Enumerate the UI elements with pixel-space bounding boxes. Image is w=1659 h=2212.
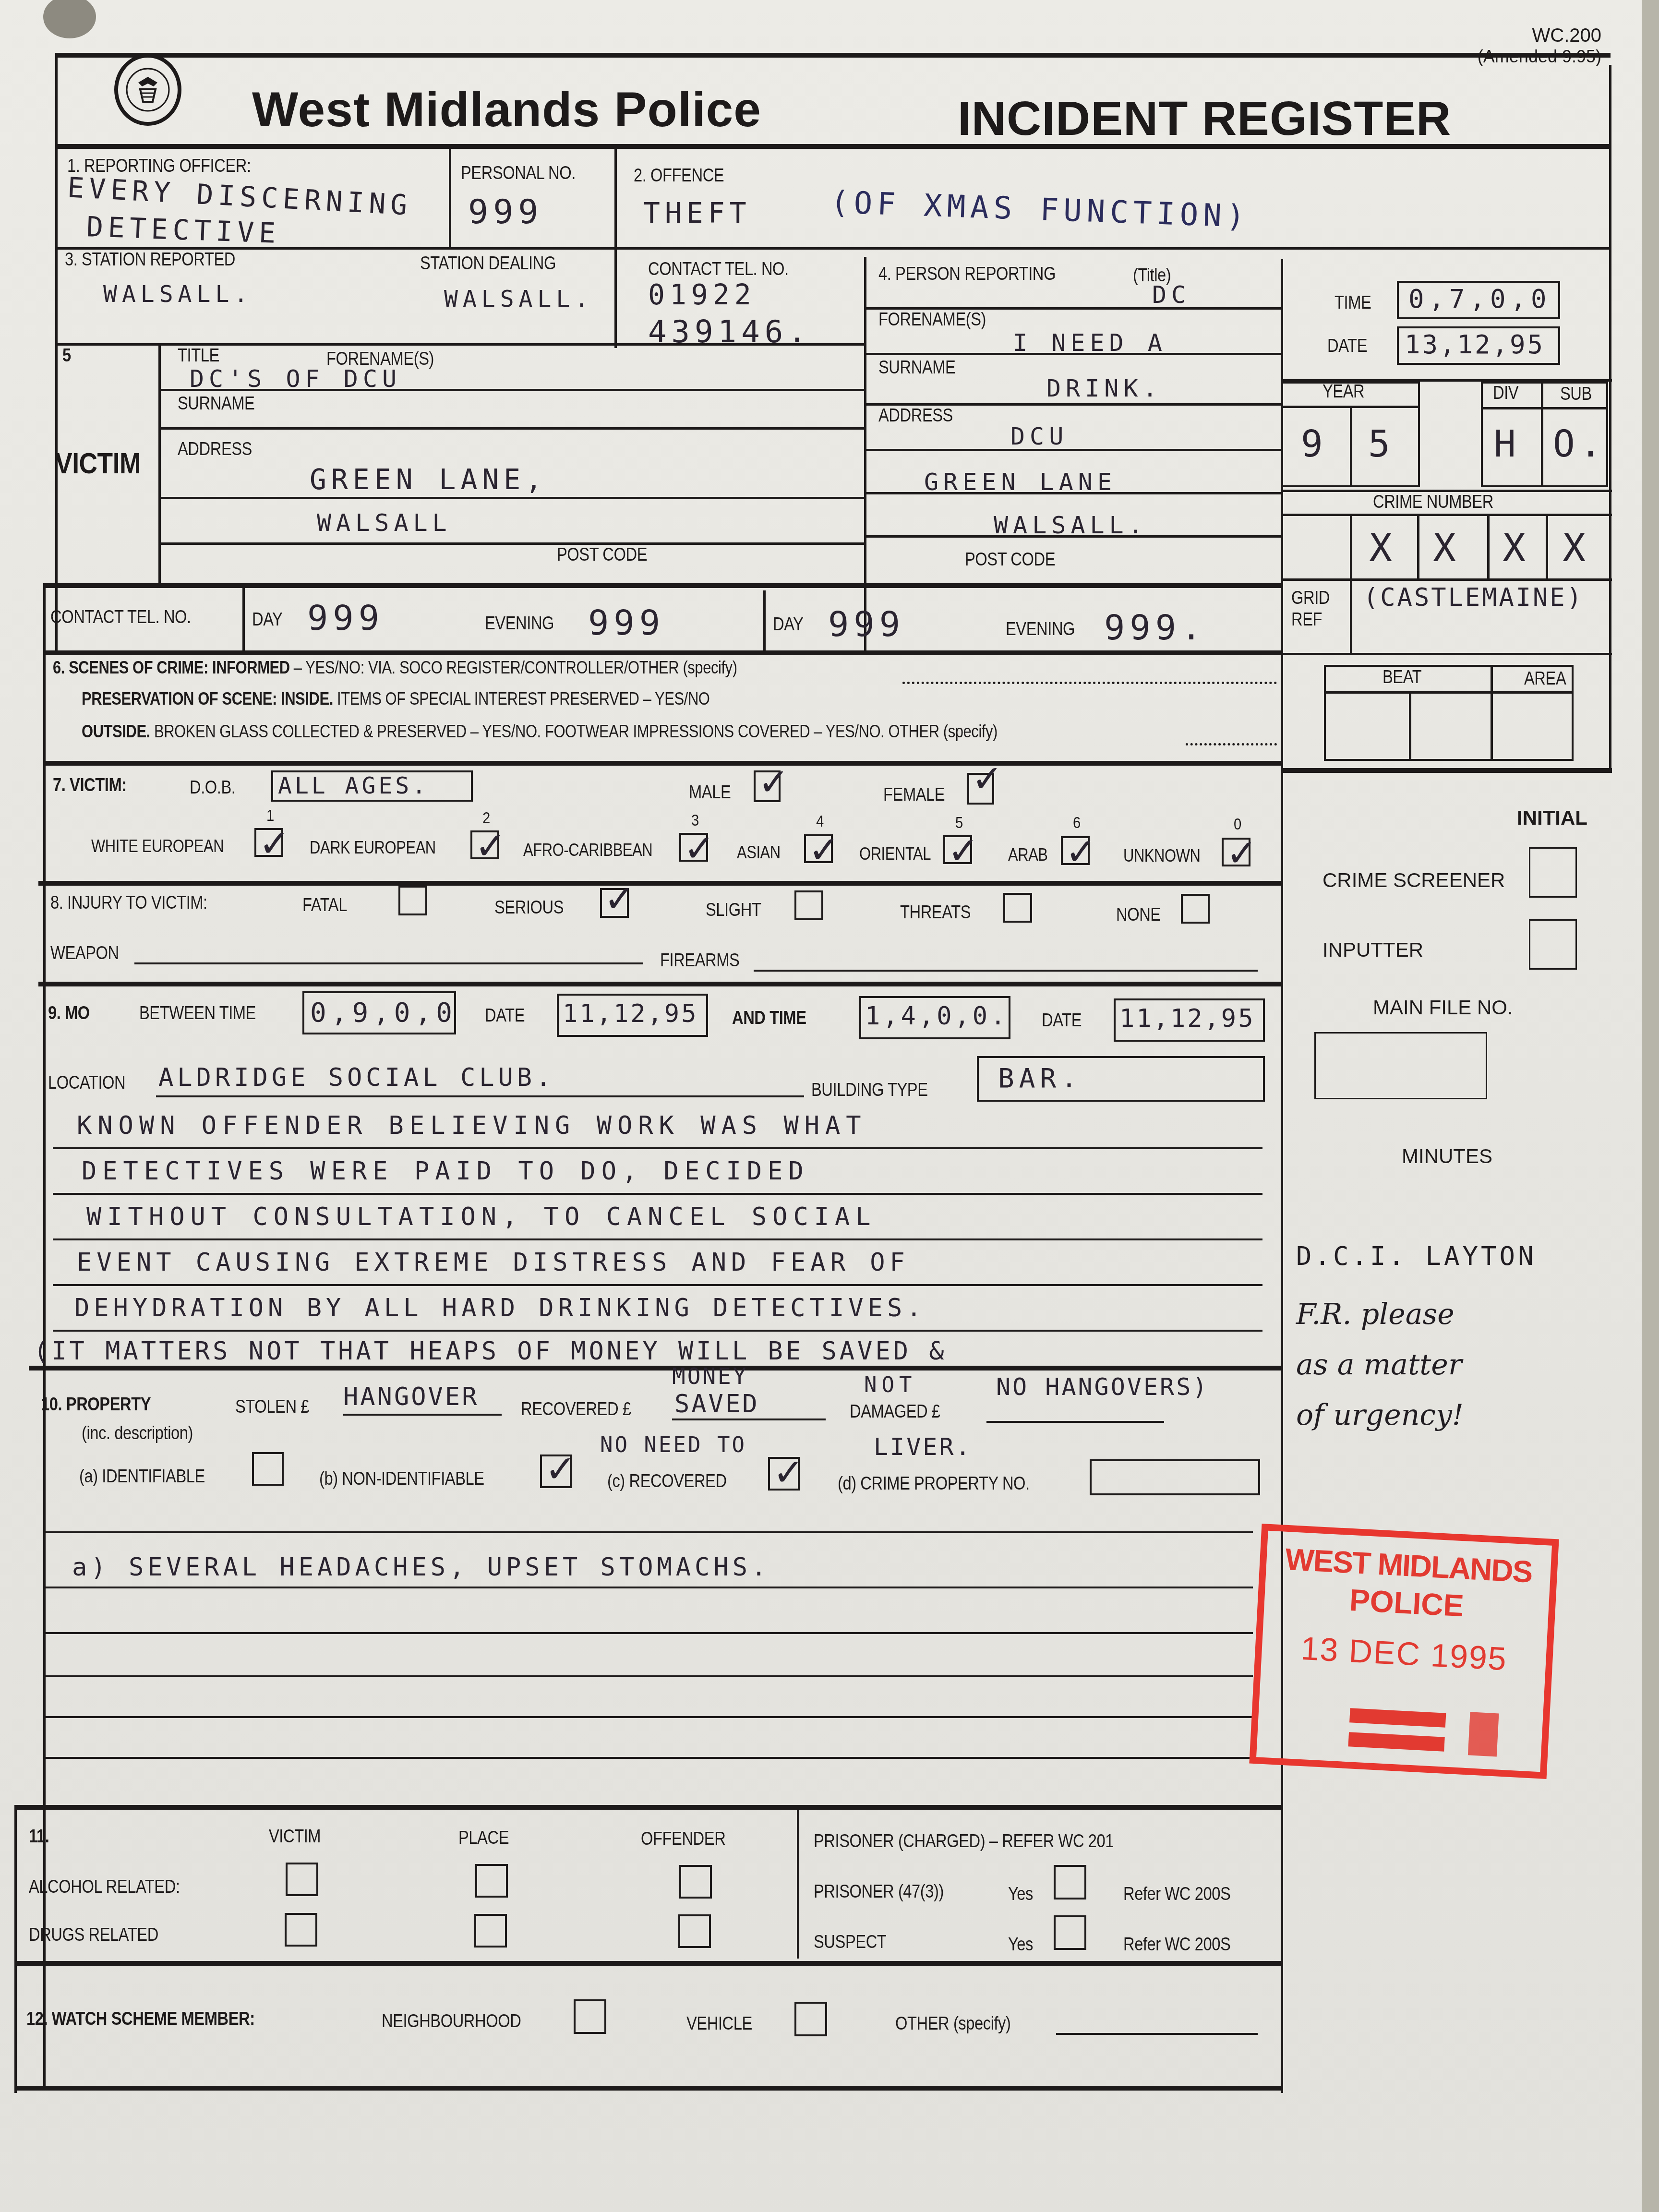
ethnicity-label: ASIAN [737,842,781,863]
contact-tel-line1[interactable]: 01922 [648,278,756,311]
check-icon: ✓ [773,1454,804,1491]
ethnicity-row: WHITE EUROPEAN 1 ✓ DARK EUROPEAN 2 ✓ AFR… [91,806,1282,878]
ethnicity-label: ORIENTAL [859,844,931,864]
divider [158,343,161,586]
no-need-to-note[interactable]: NO NEED TO [600,1433,746,1457]
stolen-label: STOLEN £ [235,1397,309,1418]
divider [1281,653,1612,655]
crime-screener-label: CRIME SCREENER [1322,869,1505,892]
divider [1546,514,1548,578]
recovered-value-top[interactable]: MONEY [672,1363,748,1389]
divider [864,535,1282,538]
divider [864,353,1282,355]
date1-field[interactable]: 11,12,95 [557,994,708,1037]
recovered-underline [672,1419,826,1420]
check-icon: ✓ [545,1451,576,1488]
ethnicity-label: UNKNOWN [1123,846,1200,866]
dotted-line [1186,743,1277,745]
offence-value[interactable]: THEFT [643,197,751,229]
ethnicity-code: 6 [1073,814,1081,832]
station-reported-label: 3. STATION REPORTED [65,250,235,270]
time-value: 0,7,0,0 [1408,284,1551,314]
location-underline [156,1095,804,1097]
ethnicity-label: DARK EUROPEAN [310,838,436,858]
injury-option-label: SLIGHT [706,900,761,921]
check-icon: ✓ [1065,833,1096,871]
minutes-label: MINUTES [1402,1145,1492,1168]
reporting-officer-value-2[interactable]: DETECTIVE [86,210,281,250]
stamp-date: 13 DEC 1995 [1261,1628,1547,1680]
date2-value: 11,12,95 [1119,1004,1255,1033]
ethnicity-checkbox-asian[interactable]: ✓ [804,834,833,863]
building-type-label: BUILDING TYPE [811,1080,928,1101]
victim-address-label: ADDRESS [178,439,252,460]
prisoner-yes-label: Yes [1008,1884,1033,1905]
check-icon: ✓ [758,764,789,801]
person-surname-label: SURNAME [878,358,955,378]
ruled-line [43,1632,1253,1634]
area-label: AREA [1524,669,1566,689]
initial-label: INITIAL [1517,806,1587,829]
mo-label: 9. MO [48,1003,90,1024]
divider [55,53,58,653]
scenes-of-crime-line: 6. SCENES OF CRIME: INFORMED – YES/NO: V… [53,658,737,678]
female-label: FEMALE [883,785,945,805]
form-code: WC.200 [1478,25,1601,47]
prisoner-473-checkbox[interactable] [1054,1865,1086,1899]
victim-contact-label: CONTACT TEL. NO. [50,607,191,628]
drugs-victim-checkbox[interactable] [285,1913,317,1947]
ethnicity-label: AFRO-CARIBBEAN [523,840,652,860]
victim-address-line1[interactable]: GREEN LANE, [310,463,547,496]
divider [55,144,1611,149]
check-icon: ✓ [1226,835,1257,872]
date-label: DATE [1327,336,1367,357]
between-time-value: 0,9,0,0 [310,997,457,1028]
divider [1409,691,1411,761]
injury-slight-checkbox[interactable] [794,890,823,920]
sub-label: SUB [1560,384,1592,405]
police-emblem-icon [114,54,181,126]
divider [1324,691,1574,694]
person-reporting-label: 4. PERSON REPORTING [878,264,1056,285]
firearms-label: FIREARMS [660,950,739,971]
suspect-refer-label: Refer WC 200S [1123,1935,1230,1955]
property-inc-desc: (inc. description) [82,1423,193,1444]
main-file-field[interactable] [1314,1032,1487,1099]
damaged-label: DAMAGED £ [850,1402,940,1422]
received-date-stamp: WEST MIDLANDS POLICE 13 DEC 1995 [1249,1524,1559,1779]
property-desc-line: a) SEVERAL HEADACHES, UPSET STOMACHS. [72,1553,770,1582]
ethnicity-label: ARAB [1008,845,1048,865]
divider [158,389,864,391]
crime-property-field[interactable] [1090,1459,1260,1495]
divider [14,1961,1282,1966]
divider [158,542,864,545]
ethnicity-checkbox-oriental[interactable]: ✓ [943,835,972,864]
ethnicity-checkbox-dark-european[interactable]: ✓ [470,830,499,859]
liver-note[interactable]: LIVER. [874,1433,972,1461]
divider [449,146,451,250]
person-surname-value[interactable]: DRINK. [1046,374,1162,402]
person-postcode-label: POST CODE [965,550,1055,570]
victim-surname-label: SURNAME [178,394,254,414]
person-day-value[interactable]: 999 [828,604,905,644]
grid-ref-value[interactable]: (CASTLEMAINE) [1363,583,1584,612]
ethnicity-checkbox-arab[interactable]: ✓ [1061,836,1090,865]
minutes-line: as a matter [1296,1348,1537,1382]
divider [55,53,1611,58]
drugs-offender-checkbox[interactable] [678,1914,711,1948]
personal-no-value[interactable]: 999 [468,192,543,231]
check-icon: ✓ [808,831,840,869]
ruled-line [53,1147,1262,1149]
alcohol-offender-checkbox[interactable] [679,1865,712,1899]
divider [14,1805,17,2093]
divider [864,449,1282,451]
suspect-yes-label: Yes [1008,1935,1033,1955]
minutes-notes[interactable]: D.C.I. LAYTON F.R. please as a matter of… [1296,1241,1537,1432]
year-digit-2[interactable]: 5 [1368,422,1395,465]
form-title: INCIDENT REGISTER [958,91,1451,146]
dob-value: ALL AGES. [278,772,429,799]
check-icon: ✓ [948,832,979,870]
drugs-place-checkbox[interactable] [474,1914,507,1948]
background-edge [1642,0,1659,2212]
ruled-line [43,1675,1253,1677]
divider [1491,665,1493,761]
divider [864,257,866,655]
male-checkbox[interactable]: ✓ [754,770,781,802]
divider [1281,768,1612,773]
station-reported-value[interactable]: WALSALL. [103,281,252,308]
person-address-label: ADDRESS [878,406,953,426]
beat-label: BEAT [1382,667,1421,688]
divider [1487,514,1490,578]
col-offender-label: OFFENDER [641,1829,725,1850]
mo-line: WITHOUT CONSULTATION, TO CANCEL SOCIAL [86,1202,877,1231]
watch-scheme-label: 12. WATCH SCHEME MEMBER: [26,2009,255,2030]
recovered-box-label: (c) RECOVERED [607,1471,727,1492]
victim-title-label: TITLE [178,346,219,366]
divider [1417,514,1419,578]
ethnicity-checkbox-white-european[interactable]: ✓ [254,828,283,857]
preservation-text: ITEMS OF SPECIAL INTEREST PRESERVED – YE… [333,689,710,709]
suspect-checkbox[interactable] [1054,1915,1086,1950]
inputter-initial-box[interactable] [1529,919,1577,970]
preservation-inside-line: PRESERVATION OF SCENE: INSIDE. ITEMS OF … [82,689,710,709]
outside-heading: OUTSIDE. [82,721,150,741]
preservation-outside-line: OUTSIDE. BROKEN GLASS COLLECTED & PRESER… [82,721,998,742]
div-label: DIV [1493,383,1518,404]
year-label: YEAR [1322,382,1364,402]
injury-label: 8. INJURY TO VICTIM: [50,893,207,914]
section-11-label: 11. [29,1827,49,1847]
non-identifiable-checkbox[interactable]: ✓ [540,1455,572,1488]
injury-serious-checkbox[interactable]: ✓ [600,888,629,918]
crime-property-label: (d) CRIME PROPERTY NO. [838,1474,1030,1494]
ruled-line [43,1587,1253,1588]
non-identifiable-label: (b) NON-IDENTIFIABLE [319,1469,484,1490]
divider [14,2086,1282,2091]
recovered-checkbox[interactable]: ✓ [768,1457,800,1491]
damaged-value[interactable]: NO HANGOVERS) [996,1373,1209,1401]
building-type-value: BAR. [998,1063,1082,1094]
offence-label: 2. OFFENCE [634,166,724,186]
date-label: DATE [1042,1010,1082,1031]
divider [43,761,1282,766]
drugs-related-label: DRUGS RELATED [29,1925,158,1946]
neighbourhood-checkbox[interactable] [574,1999,606,2034]
ruled-line [53,1284,1262,1286]
contact-tel-label: CONTACT TEL. NO. [648,259,789,280]
check-icon: ✓ [604,880,635,918]
identifiable-label: (a) IDENTIFIABLE [79,1467,205,1487]
crime-number-label: CRIME NUMBER [1373,492,1493,513]
ethnicity-code: 0 [1234,815,1241,834]
minutes-line: F.R. please [1296,1298,1537,1331]
injury-threats-checkbox[interactable] [1003,893,1032,923]
ruled-line [43,1716,1253,1718]
dob-field[interactable]: ALL AGES. [271,770,473,802]
weapon-label: WEAPON [50,943,119,964]
ruled-line [53,1193,1262,1195]
org-name: West Midlands Police [252,82,761,138]
divider [1609,65,1611,773]
victim-postcode-label: POST CODE [557,545,647,565]
divider [1481,407,1608,409]
weapon-field[interactable] [134,962,643,964]
injury-fatal-checkbox[interactable] [398,886,427,915]
grid-ref-label: GRID [1291,588,1330,609]
check-icon: ✓ [972,760,1003,798]
between-time-field[interactable]: 0,9,0,0 [302,991,456,1034]
divider [55,247,1611,250]
ethnicity-label: WHITE EUROPEAN [91,836,224,856]
victim-address-line2[interactable]: WALSALL [317,509,452,537]
crime-screener-initial-box[interactable] [1529,847,1577,898]
watch-other-field[interactable] [1056,2033,1258,2035]
crime-number-cell[interactable]: X [1503,526,1530,570]
date-value: 13,12,95 [1405,329,1545,360]
date-field[interactable]: 13,12,95 [1397,326,1560,365]
person-address-line1[interactable]: DCU [1010,422,1068,450]
prisoner-charged-label: PRISONER (CHARGED) – REFER WC 201 [814,1831,1114,1852]
ethnicity-checkbox-afro-caribbean[interactable]: ✓ [679,833,708,862]
victim-heading: VICTIM [55,446,141,481]
victim-section-label: 7. VICTIM: [53,775,127,796]
neighbourhood-label: NEIGHBOURHOOD [382,2011,521,2032]
crime-number-cell[interactable]: X [1369,526,1397,570]
injury-option-label: NONE [1116,905,1161,926]
alcohol-related-label: ALCOHOL RELATED: [29,1877,180,1898]
person-day-label: DAY [773,614,803,635]
check-icon: ✓ [684,830,715,867]
vehicle-label: VEHICLE [686,2014,752,2034]
check-icon: ✓ [475,828,506,865]
divider [14,1805,1282,1810]
divider [43,583,1282,588]
person-forenames-label: FORENAME(S) [878,310,986,330]
firearms-field[interactable] [754,970,1258,972]
person-evening-value[interactable]: 999. [1104,607,1206,648]
main-file-label: MAIN FILE NO. [1373,996,1513,1019]
minutes-line: of urgency! [1296,1398,1537,1432]
recovered-value[interactable]: SAVED [674,1390,759,1419]
divider [43,650,1282,655]
sub-value[interactable]: O. [1553,422,1607,465]
dob-label: D.O.B. [190,778,235,798]
victim-day-value[interactable]: 999 [307,598,384,638]
prisoner-refer-label: Refer WC 200S [1123,1884,1230,1905]
alcohol-place-checkbox[interactable] [475,1864,508,1898]
stolen-value[interactable]: HANGOVER [343,1382,479,1411]
mo-line: (IT MATTERS NOT THAT HEAPS OF MONEY WILL… [34,1337,947,1366]
male-label: MALE [689,782,731,803]
offence-note[interactable]: (OF XMAS FUNCTION) [830,185,1250,235]
crime-number-cell[interactable]: X [1563,526,1590,570]
prisoner-473-label: PRISONER (47(3)) [814,1882,944,1902]
scenes-of-crime-text: – YES/NO: VIA. SOCO REGISTER/CONTROLLER/… [290,658,737,677]
damaged-underline [986,1421,1164,1423]
incident-register-form: WC.200 (Amended 9.95) West Midlands Poli… [0,0,1659,2212]
ruled-line [53,1330,1262,1332]
injury-none-checkbox[interactable] [1181,894,1210,924]
form-reference: WC.200 (Amended 9.95) [1478,25,1601,67]
divider [1281,514,1612,516]
building-type-field[interactable]: BAR. [977,1056,1265,1102]
divider [797,1810,799,1959]
station-dealing-label: STATION DEALING [420,253,556,274]
injury-option-label: FATAL [302,895,347,916]
col-victim-label: VICTIM [269,1827,321,1847]
divider [38,982,1282,986]
date2-field[interactable]: 11,12,95 [1114,998,1265,1042]
mo-line: KNOWN OFFENDER BELIEVING WORK WAS WHAT [77,1111,867,1140]
watch-other-label: OTHER (specify) [895,2014,1010,2034]
outside-text: BROKEN GLASS COLLECTED & PRESERVED – YES… [150,721,998,741]
victim-evening-value[interactable]: 999 [588,602,665,643]
grid-ref-label-2: REF [1291,610,1322,630]
date-label: DATE [485,1006,525,1026]
divider [1350,406,1352,487]
station-dealing-value[interactable]: WALSALL. [444,286,593,313]
scenes-of-crime-heading: 6. SCENES OF CRIME: INFORMED [53,658,290,677]
divider [864,492,1282,494]
ethnicity-checkbox-unknown[interactable]: ✓ [1222,838,1250,866]
person-reporting-title-value[interactable]: DC [1152,281,1190,309]
stamp-bar [1348,1732,1444,1751]
and-time-field[interactable]: 1,4,0,0. [859,996,1010,1039]
divider [1541,382,1543,487]
between-time-label: BETWEEN TIME [139,1003,256,1024]
alcohol-victim-checkbox[interactable] [286,1863,318,1896]
damaged-value-top[interactable]: NOT [864,1373,916,1397]
injury-option-label: THREATS [900,902,971,923]
col-place-label: PLACE [458,1828,509,1849]
punch-hole [43,0,96,38]
and-time-label: AND TIME [732,1008,806,1029]
identifiable-checkbox[interactable] [252,1452,284,1486]
stamp-bar [1349,1708,1446,1727]
divider [158,427,864,430]
ruled-line [43,1531,1253,1533]
stolen-underline [343,1414,502,1416]
divider [29,1366,1282,1370]
preservation-heading: PRESERVATION OF SCENE: INSIDE. [82,689,333,709]
check-icon: ✓ [259,825,290,863]
personal-no-label: PERSONAL NO. [461,163,576,184]
ruled-line [53,1238,1262,1240]
recovered-label: RECOVERED £ [521,1399,631,1420]
injury-option-label: SERIOUS [494,898,564,918]
female-checkbox[interactable]: ✓ [967,773,994,805]
mo-line: EVENT CAUSING EXTREME DISTRESS AND FEAR … [77,1248,910,1277]
divider [158,497,864,499]
divider [1281,578,1612,581]
and-time-value: 1,4,0,0. [865,1002,1008,1031]
location-value[interactable]: ALDRIDGE SOCIAL CLUB. [158,1063,554,1092]
location-label: LOCATION [48,1073,125,1094]
divider [1350,514,1352,653]
victim-day-label: DAY [252,610,282,630]
mo-line: DEHYDRATION BY ALL HARD DRINKING DETECTI… [74,1294,926,1322]
minutes-line: D.C.I. LAYTON [1296,1241,1537,1271]
inputter-label: INPUTTER [1322,938,1423,962]
vehicle-checkbox[interactable] [794,2002,827,2036]
dotted-line [902,682,1277,684]
divider [55,343,866,346]
suspect-label: SUSPECT [814,1932,886,1953]
victim-evening-label: EVENING [485,613,554,634]
div-value[interactable]: H [1494,422,1521,465]
divider [763,590,766,655]
ruled-line [43,1757,1253,1759]
mo-line: DETECTIVES WERE PAID TO DO, DECIDED [82,1157,809,1186]
time-label: TIME [1334,293,1371,313]
divider [1281,259,1283,2093]
person-evening-label: EVENING [1006,619,1075,640]
date1-value: 11,12,95 [563,999,698,1028]
stamp-mark [1468,1712,1499,1756]
divider [242,586,245,653]
property-label: 10. PROPERTY [41,1395,151,1415]
time-field[interactable]: 0,7,0,0 [1397,281,1560,319]
divider [38,881,1282,886]
crime-number-cell[interactable]: X [1433,526,1461,570]
victim-section-number: 5 [62,346,71,366]
year-digit-1[interactable]: 9 [1301,422,1328,465]
